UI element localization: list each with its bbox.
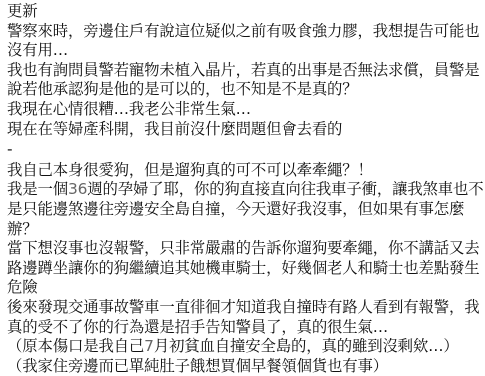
paragraph-line: 現在在等婦產科開，我目前沒什麼問題但會去看的 xyxy=(7,120,483,140)
paragraph-line: （我家住旁邊而已單純肚子餓想買個早餐領個貨也有事） xyxy=(7,357,483,362)
post-heading: 更新 xyxy=(7,2,483,22)
paragraph-line: 後來發現交通事故警車一直徘徊才知道我自撞時有路人看到有報警，我 xyxy=(7,298,483,318)
paragraph-line: 我也有詢問員警若寵物未植入晶片，若真的出事是否無法求償，員警是 xyxy=(7,61,483,81)
paragraph-line: 沒有用… xyxy=(7,41,483,61)
paragraph-line: 說若他承認狗是他的是可以的，也不知是不是真的？ xyxy=(7,80,483,100)
paragraph-line: 真的受不了你的行為還是招手告知警員了，真的很生氣… xyxy=(7,318,483,338)
text-segment: 我是一個 xyxy=(7,180,68,198)
month-number: 7 xyxy=(144,337,154,355)
paragraph-line: 我現在心情很糟…我老公非常生氣… xyxy=(7,100,483,120)
paragraph-line: 我是一個36週的孕婦了耶，你的狗直接直向往我車子衝，讓我煞車也不 xyxy=(7,180,483,200)
paragraph-line: 我自己本身很愛狗，但是遛狗真的可不可以牽牽繩？！ xyxy=(7,161,483,181)
post-body: 更新 警察來時，旁邊住戶有說這位疑似之前有吸食強力膠，我想提告可能也 沒有用… … xyxy=(7,2,483,362)
text-segment: 週的孕婦了耶，你的狗直接直向往我車子衝，讓我煞車也不 xyxy=(87,180,483,198)
paragraph-line: 危險 xyxy=(7,278,483,298)
paragraph-line: 警察來時，旁邊住戶有說這位疑似之前有吸食強力膠，我想提告可能也 xyxy=(7,22,483,42)
paragraph-line: 當下想沒事也沒報警，只非常嚴肅的告訴你遛狗要牽繩，你不講話又去 xyxy=(7,239,483,259)
paragraph-line: 辦？ xyxy=(7,220,483,240)
week-number: 36 xyxy=(68,180,87,198)
separator-dash: - xyxy=(7,140,483,160)
paragraph-line: 是只能邊煞邊往旁邊安全島自撞，今天還好我沒事，但如果有事怎麼 xyxy=(7,200,483,220)
paragraph-line: 路邊蹲坐讓你的狗繼續追其她機車騎士，好幾個老人和騎士也差點發生 xyxy=(7,259,483,279)
paragraph-line: （原本傷口是我自己7月初貧血自撞安全島的，真的雖到沒剩欸…） xyxy=(7,337,483,357)
text-segment: （原本傷口是我自己 xyxy=(7,337,144,355)
text-segment: 月初貧血自撞安全島的，真的雖到沒剩欸…） xyxy=(154,337,459,355)
